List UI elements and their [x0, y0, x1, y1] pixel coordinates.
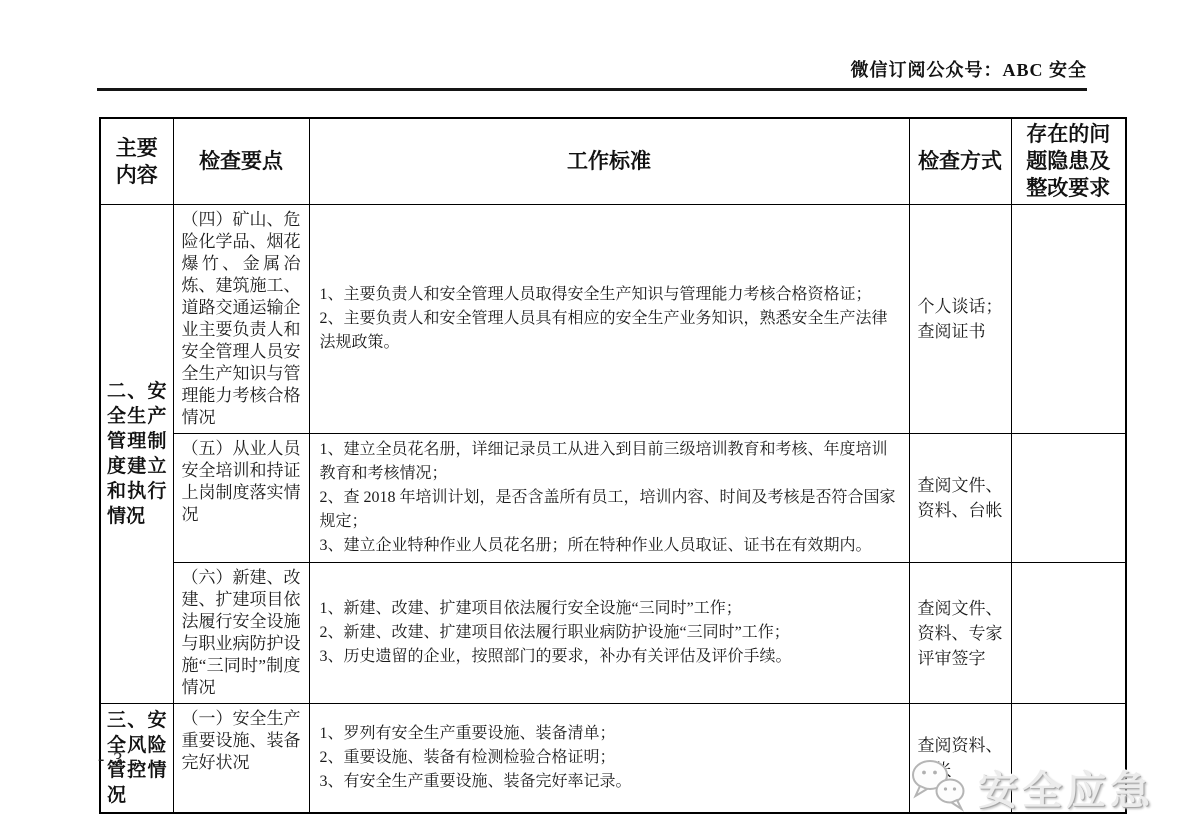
inspection-table-wrapper: 主要内容 检查要点 工作标准 检查方式 存在的问题隐患及整改要求 二、安全生产管…: [99, 117, 1127, 814]
issues-cell: [1011, 205, 1126, 434]
work-standard-cell: 1、罗列有安全生产重要设施、装备清单； 2、重要设施、装备有检测检验合格证明； …: [309, 704, 909, 814]
footer-logo: 安全应急: [908, 756, 1154, 819]
check-point-cell: （五）从业人员安全培训和持证上岗制度落实情况: [173, 434, 309, 563]
table-row: （五）从业人员安全培训和持证上岗制度落实情况 1、建立全员花名册，详细记录员工从…: [100, 434, 1126, 563]
check-method-cell: 个人谈话； 查阅证书: [909, 205, 1011, 434]
column-header-issues: 存在的问题隐患及整改要求: [1011, 118, 1126, 205]
column-header-check-points: 检查要点: [173, 118, 309, 205]
document-page: 微信订阅公众号：ABC 安全 主要内容 检查要点 工作标准 检查方式 存在的问题…: [0, 0, 1182, 839]
work-standard-cell: 1、主要负责人和安全管理人员取得安全生产知识与管理能力考核合格资格证； 2、主要…: [309, 205, 909, 434]
check-point-cell: （六）新建、改建、扩建项目依法履行安全设施与职业病防护设施“三同时”制度情况: [173, 563, 309, 704]
check-method-cell: 查阅文件、 资料、台帐: [909, 434, 1011, 563]
wechat-account-header: 微信订阅公众号：ABC 安全: [97, 56, 1087, 82]
check-point-cell: （一）安全生产重要设施、装备完好状况: [173, 704, 309, 814]
work-standard-cell: 1、建立全员花名册，详细记录员工从进入到目前三级培训教育和考核、年度培训教育和考…: [309, 434, 909, 563]
table-row: 二、安全生产管理制度建立和执行情况 （四）矿山、危险化学品、烟花爆竹、金属冶炼、…: [100, 205, 1126, 434]
inspection-table: 主要内容 检查要点 工作标准 检查方式 存在的问题隐患及整改要求 二、安全生产管…: [99, 117, 1127, 814]
table-header-row: 主要内容 检查要点 工作标准 检查方式 存在的问题隐患及整改要求: [100, 118, 1126, 205]
work-standard-cell: 1、新建、改建、扩建项目依法履行安全设施“三同时”工作； 2、新建、改建、扩建项…: [309, 563, 909, 704]
table-row: （六）新建、改建、扩建项目依法履行安全设施与职业病防护设施“三同时”制度情况 1…: [100, 563, 1126, 704]
issues-cell: [1011, 563, 1126, 704]
page-number: - 3 -: [98, 749, 140, 771]
check-method-cell: 查阅文件、 资料、专家 评审签字: [909, 563, 1011, 704]
wechat-icon: [908, 756, 970, 819]
column-header-main-content: 主要内容: [100, 118, 173, 205]
column-header-check-method: 检查方式: [909, 118, 1011, 205]
logo-text: 安全应急: [978, 759, 1154, 816]
issues-cell: [1011, 434, 1126, 563]
section-title-cell-2: 二、安全生产管理制度建立和执行情况: [100, 205, 173, 704]
column-header-work-standard: 工作标准: [309, 118, 909, 205]
header-rule: [97, 88, 1087, 91]
check-point-cell: （四）矿山、危险化学品、烟花爆竹、金属冶炼、建筑施工、道路交通运输企业主要负责人…: [173, 205, 309, 434]
